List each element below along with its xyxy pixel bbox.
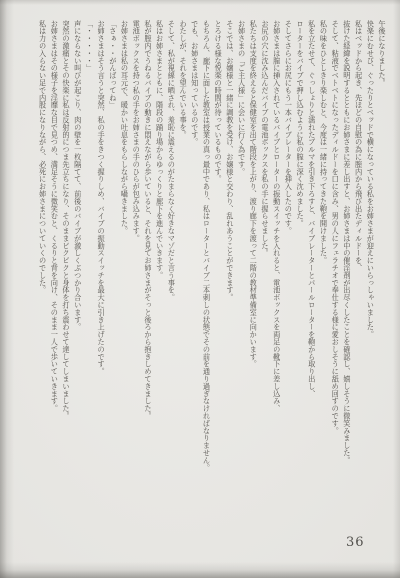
- text-line: そして、粘液でベトベトになったディルドーを口に含み、男の人にフェラチオで奉仕する…: [329, 20, 341, 552]
- text-line: とろける様な悦楽の時間が待っているものです。: [212, 20, 224, 552]
- text-line: 「・・・・・」: [84, 20, 96, 552]
- text-line: 私を立たせて、ぐっしょりと濡れたブルマを引き下ろすと、バイブレーターとパールロー…: [306, 20, 318, 552]
- text-line: 抜けた経緯を説明するとともにお姉さまに差し出すと、お姉さまは中の催淫剤が出尽くし…: [341, 20, 353, 552]
- text-line: 私は力の入らない足で内股になりながら、必死にお姉さまについていくのでした。: [37, 20, 49, 552]
- text-line: 突然の激痛とその快楽に私は反射的につま先立ちになり、そのままビクビクと身体を打ち…: [60, 20, 72, 552]
- text-line: 私はベッドから起き、先ほどの自慰の為に膣内から飛び出たディルドーを、: [353, 20, 365, 552]
- text-line: そこでは、お嬢様と一緒に調教を受け、お嬢様と交わり、乱れあうことができます。: [224, 20, 236, 552]
- text-line: 「さぁ・・がんばってね」: [107, 20, 119, 552]
- text-line: お姉さまはそう言うと突然、私の手をきつく握りしめ、バイブの振動スイッチを最大に引…: [95, 20, 107, 552]
- text-line: 午後になりました。: [376, 20, 388, 552]
- vertical-text-block: 午後になりました。 快楽にむせび、ぐったりとベッドで横になっている私をお姉さまが…: [37, 20, 388, 552]
- text-line: そしてさらにお尻にもう一本バイブレーターを挿入したのです。: [283, 20, 295, 552]
- text-line: お尻の穴に沈み込んだバイブの電池ボックスを私の手に握らせました。: [259, 20, 271, 552]
- text-line: お姉さまは膣に挿入されているバイブとローターの振動スイッチを入れると、電池ボック…: [271, 20, 283, 552]
- text-line: お姉さまは私の耳元で、暖かい吐息をもらしながら囁きました。: [119, 20, 131, 552]
- text-line: 快楽にむせび、ぐったりとベッドで横になっている私をお姉さまが迎えにいらっしゃいま…: [365, 20, 377, 552]
- text-line: ローターをバイブで押し込むように私の膣に深く沈めました。: [294, 20, 306, 552]
- text-line: 私はお姉さまとともに、階段の踊り場からゆっくりと廊下を進んでいきます。: [154, 20, 166, 552]
- text-line: 私の味をひとしきり楽しむと、今度は一緒に持ってきた鞄を開けました。: [318, 20, 330, 552]
- text-line: お姉さまはその様子を淫靡な目で見つめ、満足そうに微笑むと、くるりと背を向け、その…: [49, 20, 61, 552]
- text-line: わたしが、それを望んでいる事を。: [177, 20, 189, 552]
- text-line: お姉さまの「ご主人様」に会いに行く為です。: [236, 20, 248, 552]
- text-line: でも、お姉さまは知っているのです。: [189, 20, 201, 552]
- page-number: 36: [346, 535, 365, 550]
- text-line: 声にならない叫びが起こり、肉の壁を一枚隔てて、前後のバイブが激しくぶつかり合いま…: [72, 20, 84, 552]
- scanned-page: 午後になりました。 快楽にむせび、ぐったりとベッドで横になっている私をお姉さまが…: [0, 0, 400, 578]
- text-line: そして、私が視線に晒され、羞恥に震えるのがたまらなく好きなマゾだと言う事を。: [166, 20, 178, 552]
- text-line: 私が膣内でうねるバイブの動きに悶えながら歩いていると、それを見てお姉さまがそっと…: [142, 20, 154, 552]
- text-line: 電池ボックスを持つ私の手をお姉さまの手のひらが包み込みます。: [131, 20, 143, 552]
- text-line: 私たちは支度を終えると保健室を出て階段を上がり、渡り廊下を渡って二階の教材準備室…: [248, 20, 260, 552]
- text-line: もちろん、廊下に面した教室は授業の真っ最中であり、私はローターとバイブ二本刺しの…: [201, 20, 213, 552]
